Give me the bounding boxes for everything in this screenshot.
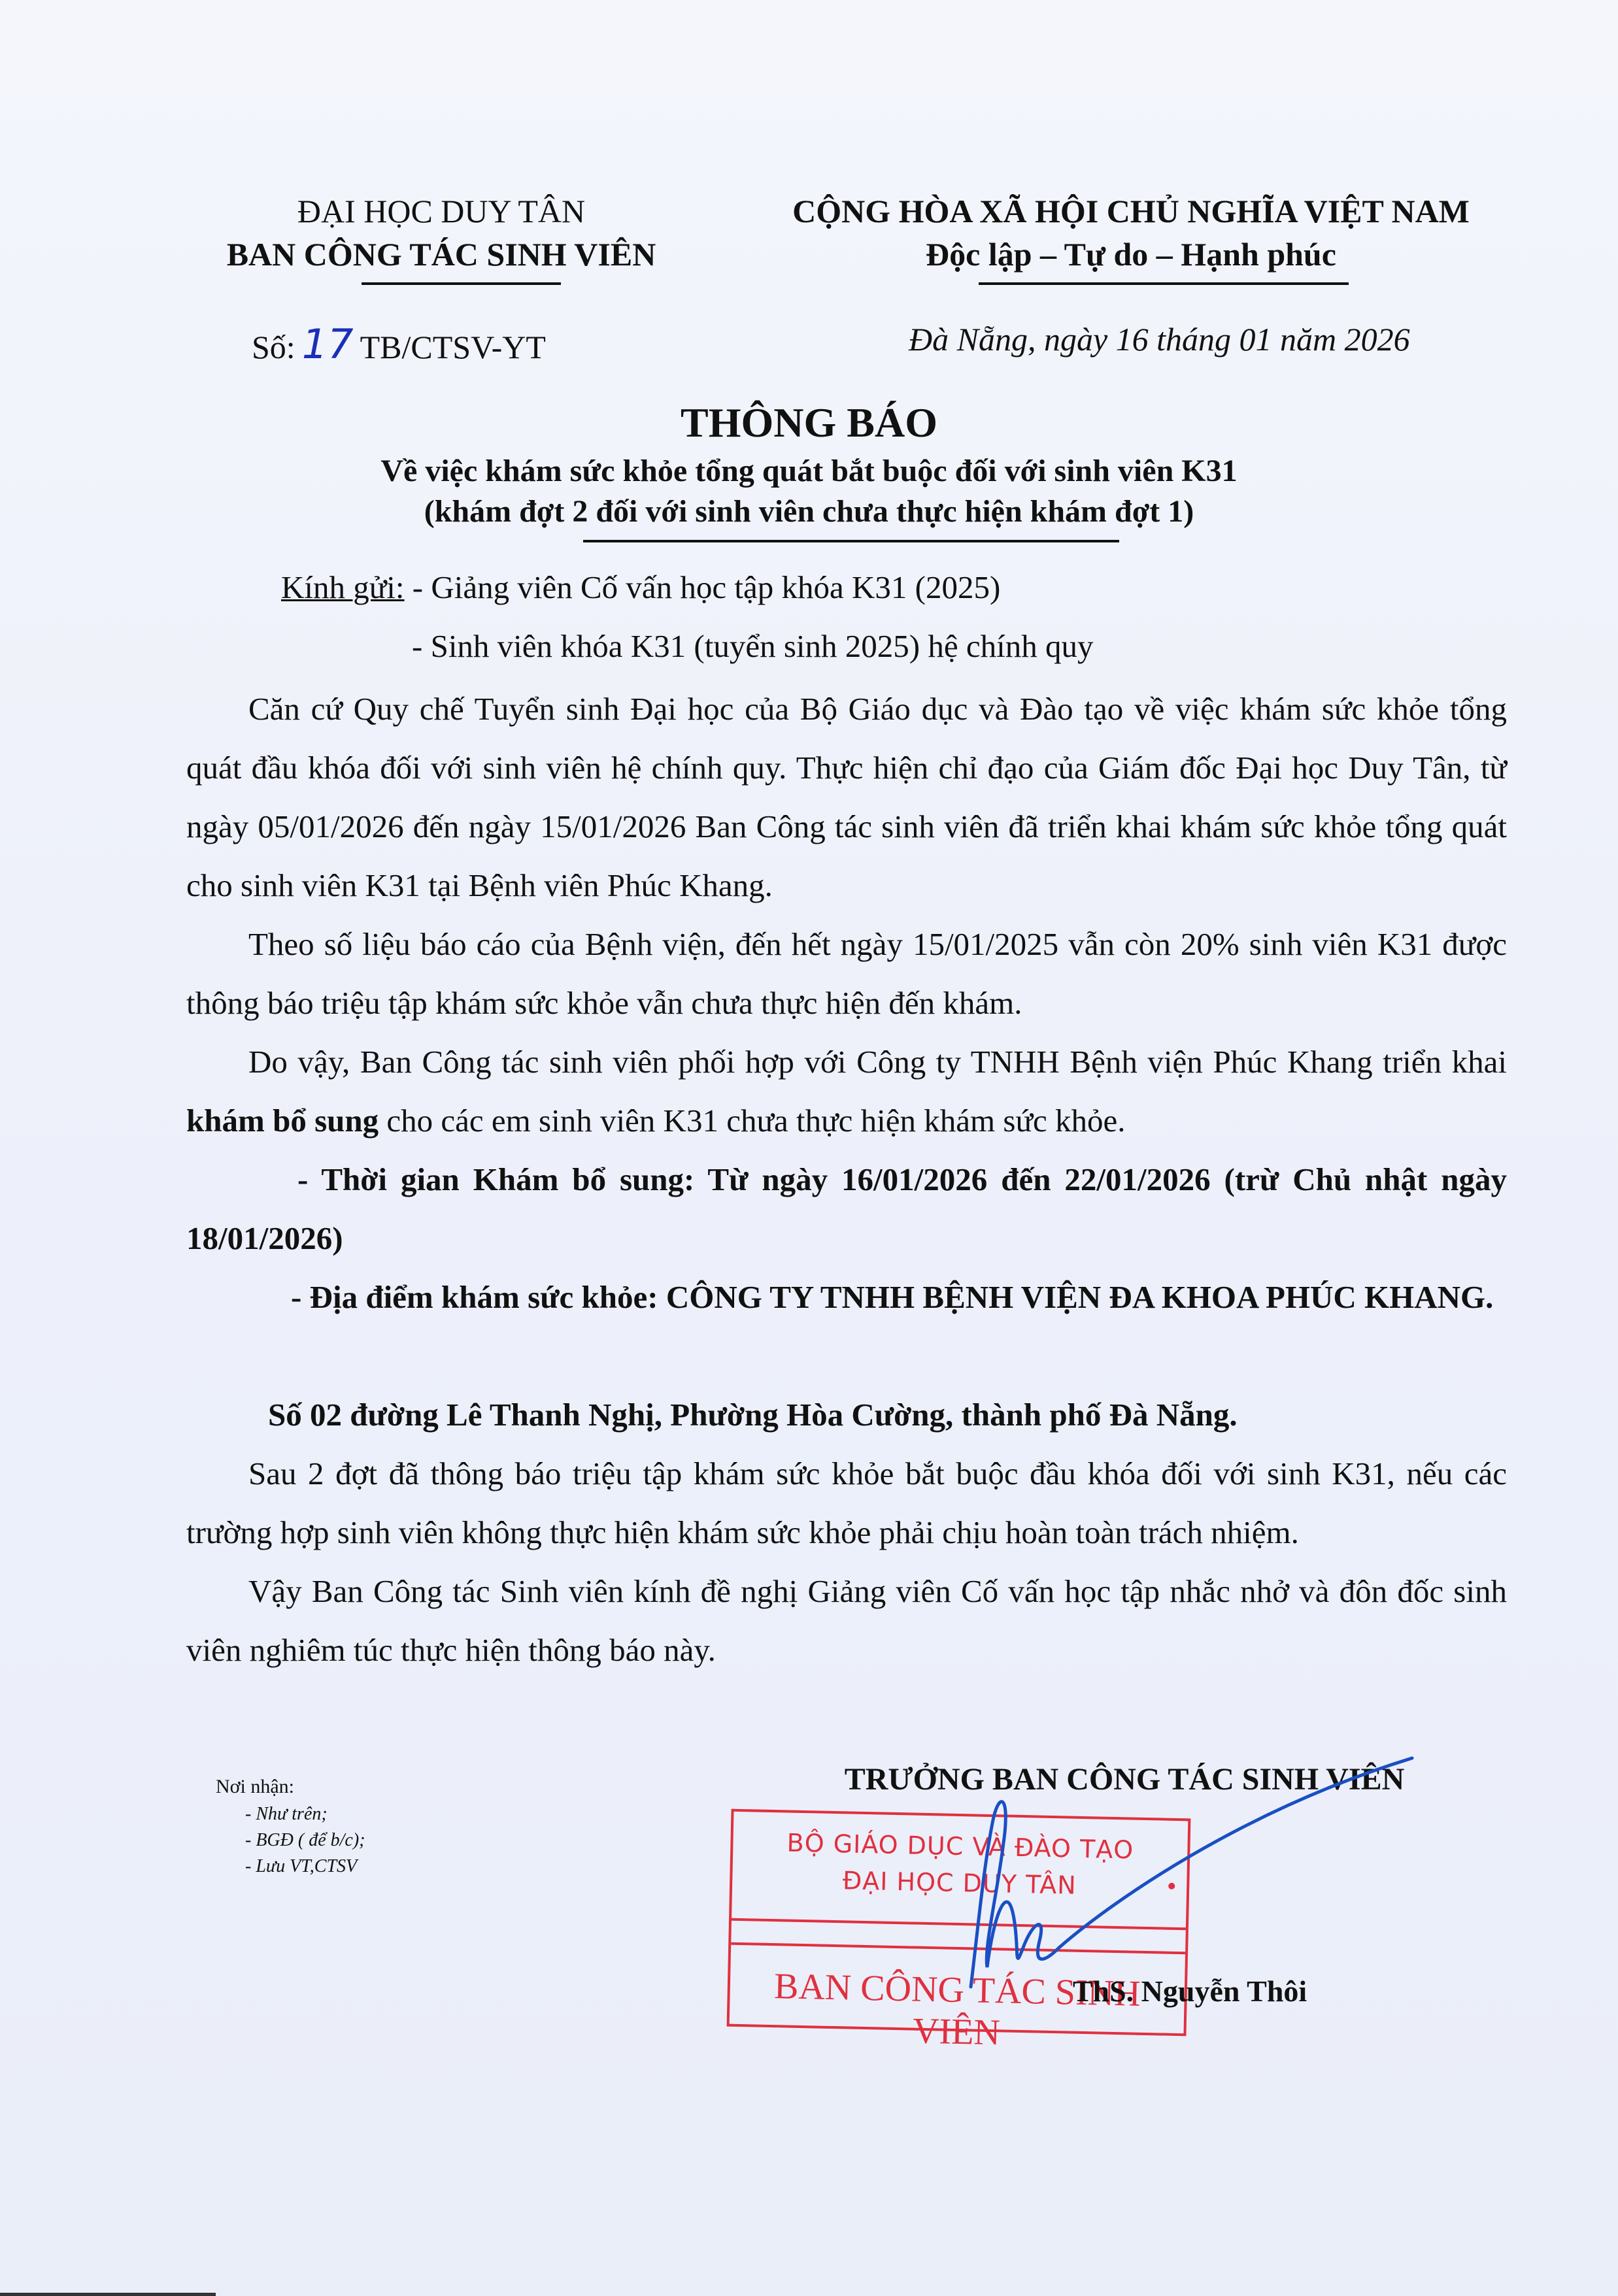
paragraph-report: Theo số liệu báo cáo của Bệnh viện, đến … [186, 915, 1507, 1033]
decision-text-end: cho các em sinh viên K31 chưa thực hiện … [379, 1103, 1125, 1139]
subtitle-line-2: (khám đợt 2 đối với sinh viên chưa thực … [0, 491, 1618, 532]
distribution-label: Nơi nhận: [216, 1772, 365, 1801]
exam-place: - Địa điểm khám sức khỏe: CÔNG TY TNHH B… [186, 1268, 1507, 1327]
recipients-label: Kính gửi: [281, 569, 405, 605]
paragraph-responsibility: Sau 2 đợt đã thông báo triệu tập khám sứ… [186, 1444, 1507, 1562]
title-underline [583, 540, 1119, 542]
motto-underline [979, 282, 1349, 285]
distribution-list: Nơi nhận: - Như trên; - BGĐ ( để b/c); -… [216, 1772, 365, 1880]
decision-emphasis: khám bổ sung [186, 1103, 379, 1139]
doc-number-label: Số: [252, 329, 295, 365]
issuing-org-block: ĐẠI HỌC DUY TÂN BAN CÔNG TÁC SINH VIÊN [163, 190, 719, 276]
exam-address: Số 02 đường Lê Thanh Nghị, Phường Hòa Cư… [268, 1386, 1238, 1444]
handwritten-number: 17 [302, 320, 354, 368]
distribution-item: - Lưu VT,CTSV [216, 1854, 365, 1880]
exam-time: - Thời gian Khám bổ sung: Từ ngày 16/01/… [186, 1150, 1507, 1268]
paragraph-basis: Căn cứ Quy chế Tuyển sinh Đại học của Bộ… [186, 680, 1507, 915]
org-parent: ĐẠI HỌC DUY TÂN [163, 190, 719, 233]
doc-number-suffix: TB/CTSV-YT [360, 329, 546, 365]
document-title: THÔNG BÁO [0, 399, 1618, 447]
signer-name: ThS. Nguyễn Thôi [719, 1974, 1618, 2008]
national-header-block: CỘNG HÒA XÃ HỘI CHỦ NGHĨA VIỆT NAM Độc l… [752, 190, 1510, 276]
distribution-item: - Như trên; [216, 1801, 365, 1827]
nation-name: CỘNG HÒA XÃ HỘI CHỦ NGHĨA VIỆT NAM [752, 190, 1510, 233]
scan-edge [0, 2293, 216, 2296]
org-unit: BAN CÔNG TÁC SINH VIÊN [163, 233, 719, 276]
distribution-item: - BGĐ ( để b/c); [216, 1827, 365, 1854]
handwritten-signature-icon [837, 1752, 1491, 2000]
motto: Độc lập – Tự do – Hạnh phúc [752, 233, 1510, 276]
subtitle-line-1: Về việc khám sức khỏe tổng quát bắt buộc… [0, 451, 1618, 491]
paragraph-request: Vậy Ban Công tác Sinh viên kính đề nghị … [186, 1562, 1507, 1680]
paragraph-decision: Do vậy, Ban Công tác sinh viên phối hợp … [186, 1033, 1507, 1150]
recipients-to: Kính gửi: - Giảng viên Cố vấn học tập kh… [281, 569, 1000, 606]
decision-text: Do vậy, Ban Công tác sinh viên phối hợp … [248, 1044, 1507, 1080]
document-subtitle: Về việc khám sức khỏe tổng quát bắt buộc… [0, 451, 1618, 532]
place-date: Đà Nẵng, ngày 16 tháng 01 năm 2026 [909, 320, 1410, 358]
recipient-item: - Giảng viên Cố vấn học tập khóa K31 (20… [413, 569, 1001, 605]
org-underline [362, 282, 561, 285]
document-number: Số:17TB/CTSV-YT [252, 320, 546, 368]
recipient-item: - Sinh viên khóa K31 (tuyển sinh 2025) h… [412, 627, 1093, 665]
document-page: ĐẠI HỌC DUY TÂN BAN CÔNG TÁC SINH VIÊN C… [0, 0, 1618, 2296]
